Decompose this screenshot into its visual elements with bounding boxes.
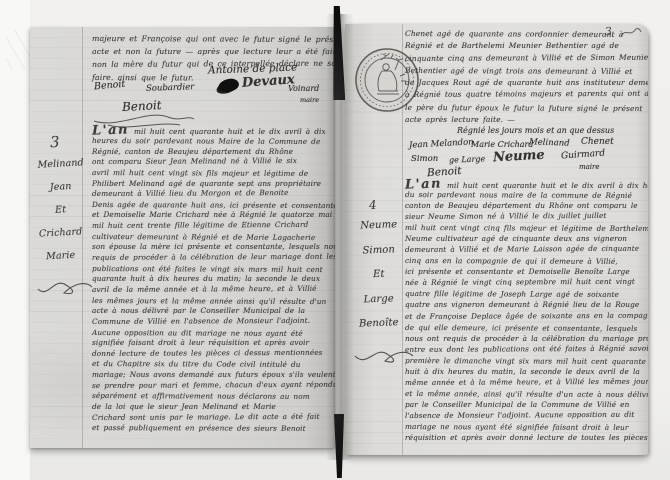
act-3-continuation-text: Chenet agé de quarante ans cordonnier de… — [405, 29, 645, 127]
act-lines: du soir pardevant nous maire de la commu… — [405, 190, 647, 444]
book-binding — [334, 414, 344, 478]
manuscript-line: née à Régnié le vingt cinq septembre mil… — [405, 277, 647, 289]
manuscript-line: requis de procéder à la célébration de l… — [92, 252, 335, 264]
manuscript-line: Crichard sont unis par le mariage. Le di… — [92, 411, 335, 423]
scanner-background-strip — [0, 0, 30, 480]
manuscript-line: le père du futur époux le futur la futur… — [405, 103, 645, 116]
register-page-left: 3 MelinandJeanEtCrichardMarie majeure et… — [30, 27, 335, 448]
margin-note-names: MelinandJeanEtCrichardMarie — [32, 160, 90, 275]
manuscript-line: Simon — [347, 243, 412, 270]
manuscript-line: Régnié et de Barthelemi Meunier Bethenti… — [405, 41, 645, 53]
signature-official: Guirmard — [561, 148, 606, 161]
manuscript-line: publications ont été faites le vingt six… — [92, 264, 335, 276]
marriage-act-4-text: L'an mil huit cent quarante huit et le d… — [405, 177, 647, 444]
manuscript-line: majeure et Françoise qui ont avec le fut… — [92, 34, 334, 48]
manuscript-line: même année et à la même heure, et à Vill… — [405, 377, 647, 389]
signature: Voinard — [288, 84, 319, 93]
manuscript-line: Denis agée de quarante huit ans, ici pré… — [92, 200, 335, 212]
manuscript-line: mil huit cent trente fille légitime de E… — [92, 220, 335, 232]
manuscript-line: sieur Neume Simon né à Villié le dix jui… — [405, 211, 647, 223]
manuscript-line: quatre fille légitime de Joseph Large ag… — [405, 289, 647, 301]
manuscript-line: et passé publiquement en présence des si… — [92, 423, 335, 435]
manuscript-line: Large — [347, 292, 412, 319]
manuscript-line: première le dimanche vingt six mars mil … — [405, 356, 647, 368]
signature: Marie Crichard — [471, 140, 533, 149]
manuscript-line: de qui elle demeure, ici présente et con… — [405, 323, 647, 335]
manuscript-line: les mêmes jours et la même année ainsi q… — [92, 296, 335, 308]
manuscript-line: mil huit cent quarante huit et le dix av… — [134, 127, 326, 136]
signature: Jean Melandon — [409, 137, 474, 150]
paraph-flourish-icon — [34, 273, 96, 299]
manuscript-line: Jean — [31, 180, 90, 206]
official-title: maire — [300, 96, 319, 104]
manuscript-line: quatre ans vigneron demeurant à Régnié l… — [405, 300, 647, 311]
margin-note-names: NeumeSimonEtLargeBenoîte — [347, 221, 411, 344]
act-number: 3 — [49, 133, 60, 152]
signature: ge Large — [449, 154, 485, 164]
manuscript-line: Crichard — [31, 226, 90, 252]
manuscript-line: mariage ne nous ayant été signifiée fais… — [405, 422, 647, 434]
manuscript-line: mil huit cent quarante huit et le dix av… — [447, 181, 648, 190]
manuscript-line: séparément et affirmativement nous décla… — [92, 391, 335, 403]
manuscript-line: Benoîte — [347, 317, 412, 344]
manuscript-line: Chenet agé de quarante ans cordonnier de… — [405, 29, 645, 42]
marriage-act-3-text: L'an mil huit cent quarante huit et le d… — [92, 123, 335, 434]
official-title: maire — [579, 163, 600, 171]
manuscript-line: du soir pardevant nous maire de la commu… — [405, 190, 647, 202]
signature: Benoit — [94, 79, 126, 93]
register-page-right: 3 Chenet agé de quarante ans cordonnier … — [345, 24, 648, 455]
manuscript-line: demeurant à Villié et de Marie Laisson a… — [405, 244, 647, 256]
scanned-register-spread: 3 MelinandJeanEtCrichardMarie majeure et… — [0, 0, 670, 480]
signature: Melinand — [529, 137, 570, 148]
manuscript-line: Et — [347, 268, 412, 295]
signature: Simon — [411, 154, 438, 164]
manuscript-line: demeurant à Villié lieu du Morgon et de … — [92, 188, 335, 200]
manuscript-line: entre eux dont les publications ont été … — [405, 343, 647, 355]
manuscript-line: et la même année, ainsi qu'il résulte d'… — [405, 389, 647, 401]
manuscript-line: et du Chapitre six du titre du Code civi… — [92, 359, 335, 371]
manuscript-line: et de Françoise Deplace âgée de soixante… — [405, 310, 647, 322]
manuscript-line: ont comparu Sieur Jean Melinand né à Vil… — [92, 156, 335, 168]
manuscript-line: mil huit cent vingt cinq fils majeur et … — [405, 223, 647, 235]
closing-line: Régnié les jours mois et an que dessus — [457, 126, 614, 135]
signature: Neume — [493, 148, 545, 166]
manuscript-line: l'absence de Monsieur l'adjoint. Aucune … — [405, 410, 647, 422]
manuscript-line: Melinand — [31, 157, 90, 183]
act-lines: heures du soir pardevant nous Maire de l… — [92, 136, 335, 434]
manuscript-line: Et — [31, 203, 90, 229]
manuscript-line: Neume — [347, 219, 412, 246]
manuscript-line: cinq ans en la compagnie de qui il demeu… — [405, 256, 647, 268]
manuscript-line: réquisition et après avoir donné lecture… — [405, 433, 647, 444]
manuscript-line: se prendre pour mari et femme, chacun d'… — [92, 379, 335, 391]
manuscript-line: avril mil huit cent vingt six fils majeu… — [92, 168, 335, 180]
manuscript-line: à Régnié tous quatre témoins majeurs et … — [405, 89, 645, 103]
signature: Chenet — [581, 137, 614, 147]
manuscript-line: cultivateur demeurant à Régnié et de Mar… — [92, 232, 335, 244]
manuscript-line: Marie — [31, 249, 90, 275]
act-number: 4 — [369, 198, 378, 212]
previous-act-end-text: majeure et Françoise qui ont avec le fut… — [92, 34, 334, 86]
manuscript-line: heures du soir pardevant nous Maire de l… — [92, 136, 335, 148]
manuscript-line: donné lecture de toutes les pièces ci de… — [92, 348, 335, 360]
manuscript-line: Aucune opposition au dit mariage ne nous… — [92, 328, 335, 340]
manuscript-line: Bethentier agé de vingt trois ans demeur… — [405, 66, 645, 79]
manuscript-line: cinquante cinq ans demeurant à Villié et… — [405, 52, 645, 66]
signature: Soubardier — [146, 82, 195, 94]
manuscript-line: avril de la même année et à la même heur… — [92, 284, 335, 296]
manuscript-line: Commune de Villié en l'absence de Monsie… — [92, 316, 335, 328]
